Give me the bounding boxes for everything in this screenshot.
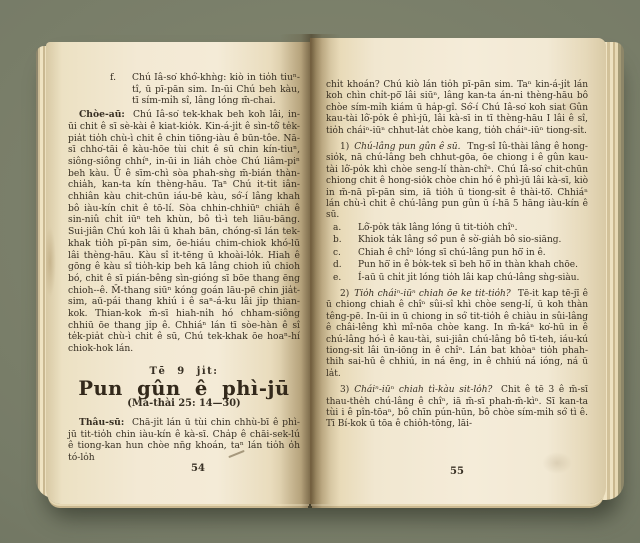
list-item-f: f. Chú Iâ-so͘ khó͘-khǹg: kiò in tio̍h ti… [68, 72, 300, 107]
paragraph-text: Tē-it kap tē-jī ê ū chiong chiah ê chîⁿ … [326, 289, 588, 379]
list-item-marker: c. [333, 248, 341, 259]
numbered-point-3: 3)Cháiⁿ-iūⁿ chiah tì-kàu sit-lo̍h? Chit … [326, 385, 588, 431]
numbered-point-2: 2)Tio̍h cháiⁿ-iūⁿ chiah ōe ke tit-tio̍h?… [326, 289, 588, 380]
paragraph-lead: Chòe-aū: [79, 109, 125, 120]
page-stain [46, 227, 56, 297]
point-number: 3) [340, 385, 349, 395]
numbered-point-1: 1)Chú-lâng pun gûn ê sū. Tng-sî Iû-thài … [326, 142, 588, 222]
section-kicker: Tē 9 ji̍t: [68, 366, 300, 378]
list-item: e. Í-aū ū chi̍t ji̍t lóng tio̍h lâi kap … [326, 273, 588, 284]
list-item-text: Chiah ê chîⁿ lóng sī chú-lâng pun hō͘ in… [358, 248, 546, 258]
list-item-text: Pun hō͘ in ê bo̍k-tek sī beh hō͘ in thàn… [358, 260, 578, 270]
page-number-right: 55 [326, 466, 588, 477]
right-text-column: chi̍t khoán? Chú kiò lán tio̍h pī-pān si… [326, 78, 588, 431]
list-item-text: Khiok ta̍k lâng só͘ pun ê sò͘-gia̍h bô s… [358, 235, 561, 245]
point-number: 1) [340, 142, 349, 152]
paragraph-choe-au: Chòe-aū: Chú Iâ-so͘ tek-khak beh koh lâi… [68, 109, 300, 355]
photo-background: f. Chú Iâ-so͘ khó͘-khǹg: kiò in tio̍h ti… [0, 0, 640, 543]
list-item: b. Khiok ta̍k lâng só͘ pun ê sò͘-gia̍h b… [326, 235, 588, 246]
list-item-marker: f. [110, 72, 116, 84]
left-text-column: f. Chú Iâ-so͘ khó͘-khǹg: kiò in tio̍h ti… [68, 72, 300, 464]
list-item-marker: e. [333, 273, 341, 284]
paragraph-lead: Thâu-sū: [79, 417, 124, 428]
point-title: Chú-lâng pun gûn ê sū. [354, 142, 460, 152]
list-item-text: Lô͘-po̍k ta̍k lâng lóng ū tit-tio̍h chîⁿ… [358, 223, 517, 233]
paragraph-text: Tng-sî Iû-thài lâng ê hong-sio̍k, nā chú… [326, 142, 588, 220]
list-item-text: Í-aū ū chi̍t ji̍t lóng tio̍h lâi kap chú… [358, 273, 579, 283]
list-item-text: Chú Iâ-so͘ khó͘-khǹg: kiò in tio̍h tiuⁿ-… [132, 72, 300, 106]
open-book: f. Chú Iâ-so͘ khó͘-khǹg: kiò in tio̍h ti… [36, 34, 624, 508]
list-item: c. Chiah ê chîⁿ lóng sī chú-lâng pun hō͘… [326, 248, 588, 259]
paragraph-text: chi̍t khoán? Chú kiò lán tio̍h pī-pān si… [326, 80, 588, 136]
list-item-marker: a. [333, 223, 341, 234]
book-page-left: f. Chú Iâ-so͘ khó͘-khǹg: kiò in tio̍h ti… [46, 42, 310, 504]
list-item: a. Lô͘-po̍k ta̍k lâng lóng ū tit-tio̍h c… [326, 223, 588, 234]
list-item-marker: d. [333, 260, 342, 271]
paragraph-continuation: chi̍t khoán? Chú kiò lán tio̍h pī-pān si… [326, 80, 588, 137]
point-title: Tio̍h cháiⁿ-iūⁿ chiah ōe ke tit-tio̍h? [354, 289, 510, 299]
list-item: d. Pun hō͘ in ê bo̍k-tek sī beh hō͘ in t… [326, 260, 588, 271]
paragraph-thau-su: Thâu-sū: Chā-ji̍t lán ū tùi chin chhù-bī… [68, 417, 300, 464]
point-title: Cháiⁿ-iūⁿ chiah tì-kàu sit-lo̍h? [354, 385, 492, 395]
point-number: 2) [340, 289, 349, 299]
book-page-right: chi̍t khoán? Chú kiò lán tio̍h pī-pān si… [310, 38, 606, 504]
page-number-left: 54 [82, 463, 310, 474]
list-item-marker: b. [333, 235, 342, 246]
scripture-reference: (Má-thài 25: 14—30) [68, 398, 300, 410]
paragraph-text: Chú Iâ-so͘ tek-khak beh koh lâi, in-ūi c… [68, 109, 300, 354]
section-title: Pun gûn ê phì-jū [68, 383, 300, 395]
